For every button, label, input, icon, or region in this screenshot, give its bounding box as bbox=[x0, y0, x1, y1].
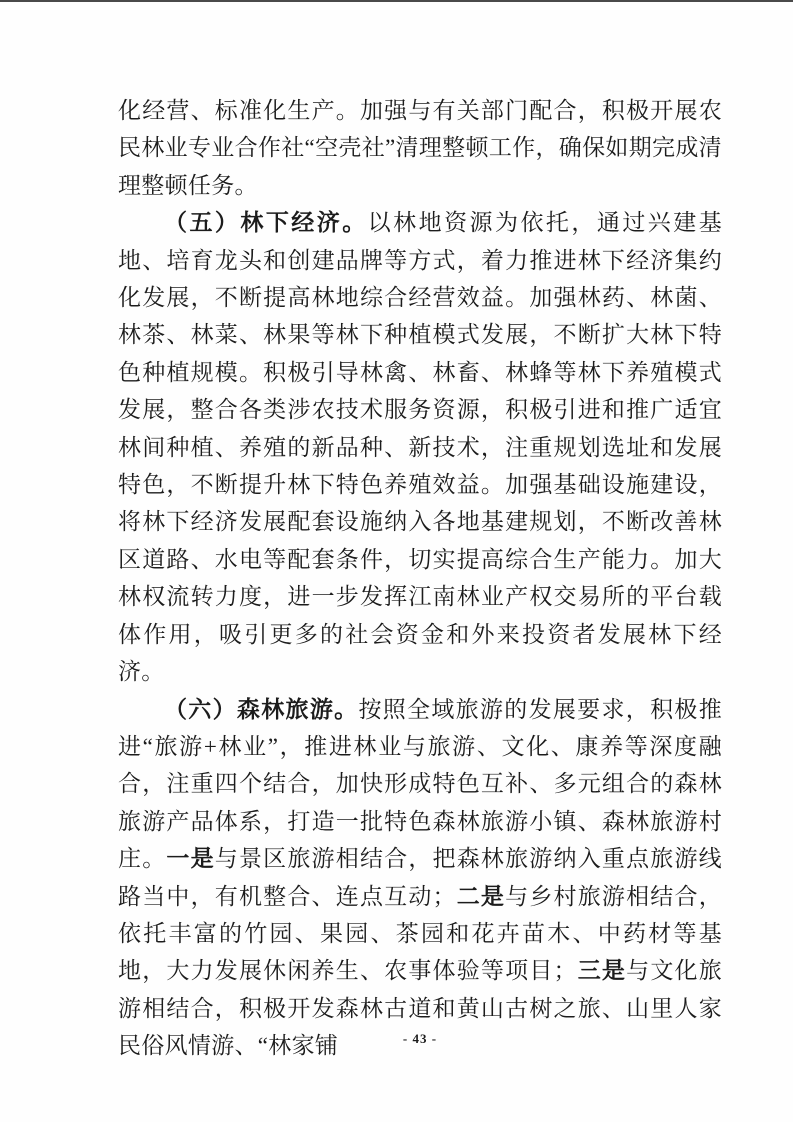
paragraph: （五）林下经济。以林地资源为依托，通过兴建基地、培育龙头和创建品牌等方式，着力推… bbox=[118, 204, 722, 690]
text-run: 以林地资源为依托，通过兴建基地、培育龙头和创建品牌等方式，着力推进林下经济集约化… bbox=[118, 210, 722, 684]
document-page: 化经营、标准化生产。加强与有关部门配合，积极开展农民林业专业合作社“空壳社”清理… bbox=[0, 0, 793, 1122]
page-body-text: 化经营、标准化生产。加强与有关部门配合，积极开展农民林业专业合作社“空壳社”清理… bbox=[118, 92, 722, 1065]
emphasis-run: （六）森林旅游。 bbox=[164, 697, 358, 722]
text-run: 化经营、标准化生产。加强与有关部门配合，积极开展农民林业专业合作社“空壳社”清理… bbox=[118, 98, 722, 198]
page-top-edge bbox=[0, 0, 793, 2]
emphasis-run: 三是 bbox=[577, 958, 626, 983]
emphasis-run: 一是 bbox=[166, 846, 214, 871]
paragraph: 化经营、标准化生产。加强与有关部门配合，积极开展农民林业专业合作社“空壳社”清理… bbox=[118, 92, 722, 204]
page-footer: - 43 - bbox=[118, 1030, 722, 1048]
text-run: 按照全域旅游的发展要求，积极推进“旅游+林业”，推进林业与旅游、文化、康养等深度… bbox=[118, 697, 722, 872]
page-number: - 43 - bbox=[403, 1031, 437, 1046]
emphasis-run: 二是 bbox=[456, 884, 505, 909]
paragraph: （六）森林旅游。按照全域旅游的发展要求，积极推进“旅游+林业”，推进林业与旅游、… bbox=[118, 691, 722, 1065]
emphasis-run: （五）林下经济。 bbox=[164, 210, 368, 235]
